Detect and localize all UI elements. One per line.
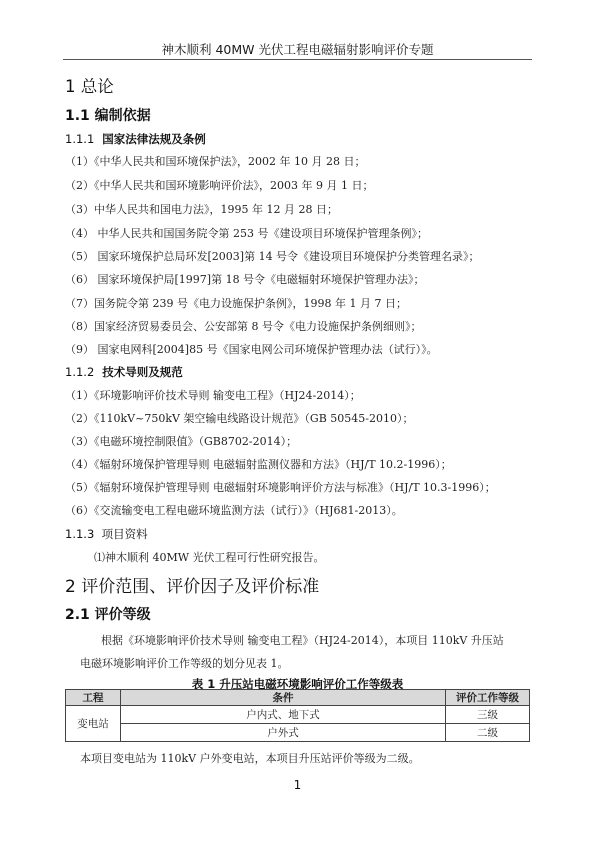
- law-item-7: （7）国务院令第 239 号《电力设施保护条例》，1998 年 1 月 7 日；: [65, 295, 407, 311]
- cell-grade: 二级: [446, 724, 530, 742]
- cell-condition: 户外式: [121, 724, 446, 742]
- law-item-6: （6） 国家环境保护局[1997]第 18 号令《电磁辐射环境保护管理办法》；: [65, 271, 425, 287]
- standard-item-4: （4）《辐射环境保护管理导则 电磁辐射监测仪器和方法》（HJ/T 10.2-19…: [65, 456, 452, 472]
- material-item-1: ⑴神木顺利 40MW 光伏工程可行性研究报告。: [94, 549, 325, 565]
- page-number: 1: [0, 778, 595, 792]
- heading-1-1-1: 1.1.1 国家法律法规及条例: [65, 131, 206, 147]
- law-item-4: （4） 中华人民共和国国务院令第 253 号《建设项目环境保护管理条例》；: [65, 225, 428, 241]
- standard-item-3: （3）《电磁环境控制限值》（GB8702-2014）；: [65, 433, 297, 449]
- law-item-9: （9） 国家电网科[2004]85 号《国家电网公司环境保护管理办法（试行）》。: [65, 341, 438, 357]
- heading-text: 国家法律法规及条例: [102, 132, 206, 146]
- grade-table: 工程 条件 评价工作等级 变电站 户内式、地下式 三级 户外式 二级: [65, 689, 530, 742]
- table-row: 变电站 户内式、地下式 三级: [66, 706, 530, 724]
- paragraph-line-1: 根据《环境影响评价技术导则 输变电工程》（HJ24-2014），本项目 110k…: [101, 632, 504, 648]
- law-item-3: （3）中华人民共和国电力法》，1995 年 12 月 28 日；: [65, 201, 338, 217]
- heading-text: 技术导则及规范: [102, 365, 183, 379]
- law-item-2: （2）《中华人民共和国环境影响评价法》，2003 年 9 月 1 日；: [65, 177, 373, 193]
- heading-number: 1.1.3: [65, 527, 94, 541]
- law-item-1: （1）《中华人民共和国环境保护法》，2002 年 10 月 28 日；: [65, 153, 365, 169]
- table-header-row: 工程 条件 评价工作等级: [66, 690, 530, 706]
- heading-1-1: 1.1 编制依据: [65, 105, 151, 125]
- law-item-8: （8）国家经济贸易委员会、公安部第 8 号令《电力设施保护条例细则》；: [65, 318, 422, 334]
- conclusion-text: 本项目变电站为 110kV 户外变电站，本项目升压站评价等级为二级。: [80, 750, 420, 766]
- standard-item-2: （2）《110kV~750kV 架空输电线路设计规范》（GB 50545-201…: [65, 410, 414, 426]
- table-row: 户外式 二级: [66, 724, 530, 742]
- heading-section-2: 2 评价范围、评价因子及评价标准: [65, 572, 319, 597]
- law-item-5: （5） 国家环境保护总局环发[2003]第 14 号令《建设项目环境保护分类管理…: [65, 248, 480, 264]
- cell-condition: 户内式、地下式: [121, 706, 446, 724]
- cell-grade: 三级: [446, 706, 530, 724]
- heading-number: 1.1.1: [65, 132, 94, 146]
- cell-project: 变电站: [66, 706, 121, 742]
- heading-text: 项目资料: [102, 527, 148, 541]
- heading-1-1-2: 1.1.2 技术导则及规范: [65, 364, 183, 380]
- header-condition: 条件: [121, 690, 446, 706]
- standard-item-6: （6）《交流输变电工程电磁环境监测方法（试行）》（HJ681-2013）。: [65, 502, 403, 518]
- header-grade: 评价工作等级: [446, 690, 530, 706]
- header-project: 工程: [66, 690, 121, 706]
- paragraph-line-2: 电磁环境影响评价工作等级的划分见表 1。: [80, 655, 289, 671]
- heading-number: 1.1.2: [65, 365, 94, 379]
- standard-item-5: （5）《辐射环境保护管理导则 电磁辐射环境影响评价方法与标准》（HJ/T 10.…: [65, 479, 496, 495]
- heading-section-1: 1 总论: [65, 73, 114, 97]
- heading-2-1: 2.1 评价等级: [65, 604, 151, 624]
- running-header: 神木顺利 40MW 光伏工程电磁辐射影响评价专题: [63, 40, 532, 58]
- heading-1-1-3: 1.1.3 项目资料: [65, 526, 148, 542]
- standard-item-1: （1）《环境影响评价技术导则 输变电工程》（HJ24-2014）；: [65, 387, 361, 403]
- header-divider: [63, 59, 532, 60]
